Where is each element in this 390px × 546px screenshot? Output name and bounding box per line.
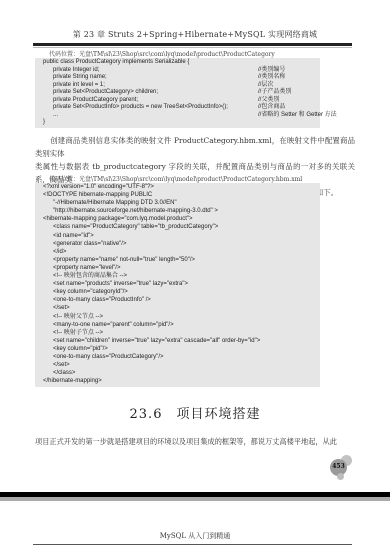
code-line: <class name="ProductCategory" table="tb_… — [43, 224, 320, 232]
code-line: <!DOCTYPE hibernate-mapping PUBLIC — [43, 192, 320, 200]
code-line: <property name="level"/> — [43, 265, 320, 273]
code-line: private Set<ProductInfo> products = new … — [43, 104, 320, 112]
code-comment: //类别编号 — [258, 67, 285, 75]
code-line: private int level = 1;//层次 — [43, 82, 320, 90]
header-rule — [33, 43, 352, 46]
code-line: <generator class="native"/> — [43, 241, 320, 249]
footer-rule — [33, 544, 352, 545]
code-line: </hibernate-mapping> — [43, 378, 320, 386]
code2-caption: 代码位置：光盘\TM\sl\23\Shop\src\com\lyq\model\… — [49, 174, 302, 183]
code-line: <!-- 映射父节点 --> — [43, 314, 320, 322]
code-line: "-//Hibernate/Hibernate Mapping DTD 3.0/… — [43, 200, 320, 208]
header-rule-thin — [33, 47, 352, 48]
code-text: private Set<ProductCategory> children; — [43, 89, 158, 95]
code-text: private String name; — [43, 74, 107, 80]
code1-caption: 代码位置：光盘\TM\sl\23\Shop\src\com\lyq\model\… — [49, 49, 275, 58]
code-line: </set> — [43, 362, 320, 370]
code-line: public class ProductCategory implements … — [43, 59, 320, 67]
code-line: <one-to-many class="ProductCategory"/> — [43, 354, 320, 362]
code-line: private ProductCategory parent;//父类别 — [43, 97, 320, 105]
code-line: <set name="children" inverse="true" lazy… — [43, 338, 320, 346]
code-line: <many-to-one name="parent" column="pid"/… — [43, 322, 320, 330]
code-line: private String name;//类别名称 — [43, 74, 320, 82]
code-line: </id> — [43, 249, 320, 257]
code-comment: //父类别 — [258, 97, 279, 105]
code-block-2: <?xml version="1.0" encoding="UTF-8"?><!… — [35, 183, 320, 387]
code-line: <set name="products" inverse="true" lazy… — [43, 281, 320, 289]
code-text: public class ProductCategory implements … — [43, 59, 189, 65]
code-text: private Set<ProductInfo> products = new … — [43, 104, 228, 110]
code-line: <!-- 映射子节点 --> — [43, 330, 320, 338]
code-line: } — [43, 119, 320, 127]
running-head: 第 23 章 Struts 2+Spring+Hibernate+MySQL 实… — [0, 29, 390, 40]
code-comment: //包含商品 — [258, 104, 285, 112]
code-line: <one-to-many class="ProductInfo" /> — [43, 297, 320, 305]
code-line: <hibernate-mapping package="com.lyq.mode… — [43, 216, 320, 224]
code-line: <!-- 映射包含的商品集合 --> — [43, 273, 320, 281]
badge-circle-small — [337, 473, 344, 480]
code-comment: //类别名称 — [258, 74, 285, 82]
code-comment: //层次 — [258, 82, 273, 90]
code-text: private int level = 1; — [43, 82, 105, 88]
code-line: <key column="pid"/> — [43, 346, 320, 354]
code-line: ...//省略的 Setter 和 Getter 方法 — [43, 112, 320, 120]
section-heading: 23.6项目环境搭建 — [0, 403, 390, 422]
code-text: private Integer id; — [43, 67, 99, 73]
code-line: </class> — [43, 370, 320, 378]
code-text: } — [43, 119, 45, 125]
code-line: <id name="id"> — [43, 233, 320, 241]
code-block-1: public class ProductCategory implements … — [35, 58, 320, 128]
body-text: 项目正式开发的第一步就是搭建项目的环境以及项目集成的框架等，都说万丈高楼平地起，… — [35, 437, 355, 447]
page-number-badge: 453 — [325, 455, 361, 491]
code-text: private ProductCategory parent; — [43, 97, 138, 103]
code-line: "http://hibernate.sourceforge.net/hibern… — [43, 208, 320, 216]
code-comment: //子产品类别 — [258, 89, 291, 97]
code-line: <property name="name" not-null="true" le… — [43, 257, 320, 265]
section-number: 23.6 — [130, 407, 163, 422]
code-comment: //省略的 Setter 和 Getter 方法 — [258, 112, 337, 120]
page-number: 453 — [330, 463, 347, 470]
footer-title: MySQL 从入门到精通 — [0, 531, 390, 541]
code-line: <key column="categoryId"/> — [43, 289, 320, 297]
code-line: private Integer id;//类别编号 — [43, 67, 320, 75]
page-break-light — [0, 497, 390, 501]
section-title: 项目环境搭建 — [176, 407, 260, 422]
code-line: <?xml version="1.0" encoding="UTF-8"?> — [43, 184, 320, 192]
code-text: ... — [43, 112, 58, 118]
code-line: </set> — [43, 305, 320, 313]
paragraph-line-1: 创建商品类别信息实体类的映射文件 ProductCategory.hbm.xml… — [35, 134, 355, 160]
code-line: private Set<ProductCategory> children;//… — [43, 89, 320, 97]
